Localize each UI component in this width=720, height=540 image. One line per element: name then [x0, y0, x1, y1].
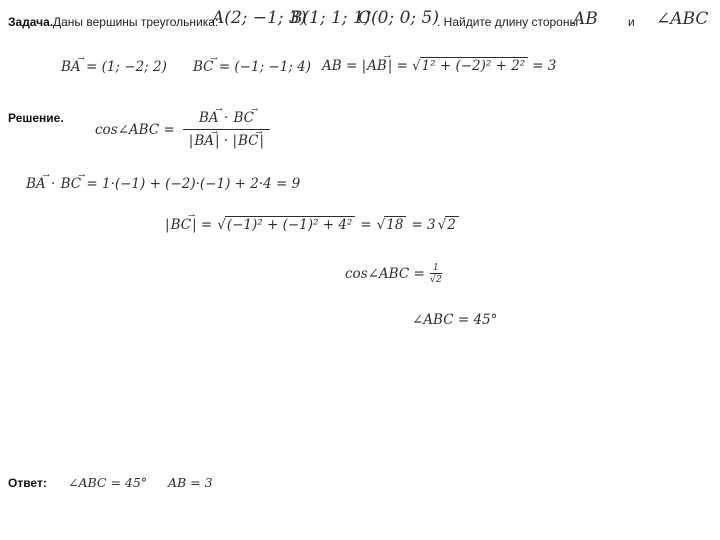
formula-vector-ba: BA = (1; −2; 2) [60, 59, 167, 75]
answer-label: Ответ: [8, 476, 47, 490]
cos-value-denominator: √2 [430, 273, 442, 285]
formula-bc-length: | BC | = √ (−1)² + (−1)² + 4² = √ 18 = 3… [165, 216, 459, 233]
side-ab-symbol: AB [573, 9, 598, 29]
cos-def-denominator: |BA| · |BC| [183, 129, 270, 149]
formula-angle-value: ∠ABC = 45° [412, 312, 497, 328]
answer-side: AB = 3 [168, 475, 213, 490]
cos-value-lhs: cos∠ABC = [345, 266, 425, 282]
sqrt-18: √ 18 [377, 216, 407, 233]
vector-ab-symbol: AB [366, 58, 388, 74]
vector-ba-symbol: BA [25, 176, 47, 192]
problem-label: Задача. [8, 15, 53, 29]
ab-length-lhs: AB = | [322, 58, 366, 74]
point-c: C(0; 0; 5) [358, 8, 439, 28]
problem-intro: Даны вершины треугольника: [53, 15, 218, 29]
conjunction: и [628, 15, 635, 29]
answer-angle: ∠ABC = 45° [68, 475, 147, 490]
angle-abc-symbol: ∠ABC [656, 9, 708, 29]
cos-value-fraction: 1 √2 [430, 263, 442, 286]
formula-cos-value: cos∠ABC = 1 √2 [345, 263, 442, 286]
cos-def-fraction: BA · BC |BA| · |BC| [183, 110, 270, 149]
document-page: Задача. Даны вершины треугольника: A(2; … [0, 0, 720, 540]
solution-label: Решение. [8, 111, 64, 125]
vector-ba-symbol: BA [198, 110, 220, 126]
formula-ab-length: AB = | AB | = √ 1² + (−2)² + 2² = 3 [322, 57, 556, 74]
problem-task-text: . Найдите длину стороны [437, 15, 578, 29]
formula-cos-definition: cos∠ABC = BA · BC |BA| · |BC| [95, 110, 270, 149]
vector-bc-symbol: BC [232, 110, 255, 126]
dot-product-rhs: = 1·(−1) + (−2)·(−1) + 2·4 = 9 [86, 176, 300, 192]
formula-dot-product: BA · BC = 1·(−1) + (−2)·(−1) + 2·4 = 9 [25, 176, 300, 192]
vector-bc-symbol: BC [170, 217, 193, 233]
vector-bc-value: = (−1; −1; 4) [219, 59, 311, 75]
ab-length-mid: | = [388, 58, 408, 74]
ab-length-result: = 3 [532, 58, 556, 74]
bc-length-sqrt: √ (−1)² + (−1)² + 4² [217, 216, 355, 233]
formula-vector-bc: BC = (−1; −1; 4) [192, 59, 311, 75]
vector-ba-value: = (1; −2; 2) [86, 59, 167, 75]
sqrt-2: √ 2 [438, 216, 459, 233]
vector-bc-symbol: BC [60, 176, 83, 192]
vector-ba-symbol: BA [193, 133, 215, 149]
cos-def-lhs: cos∠ABC = [95, 122, 175, 138]
cos-def-numerator: BA · BC [192, 110, 261, 129]
vector-bc-symbol: BC [192, 59, 215, 75]
vector-ba-symbol: BA [60, 59, 82, 75]
ab-length-sqrt: √ 1² + (−2)² + 2² [412, 57, 528, 74]
cos-value-numerator: 1 [433, 263, 439, 273]
vector-bc-symbol: BC [237, 133, 260, 149]
